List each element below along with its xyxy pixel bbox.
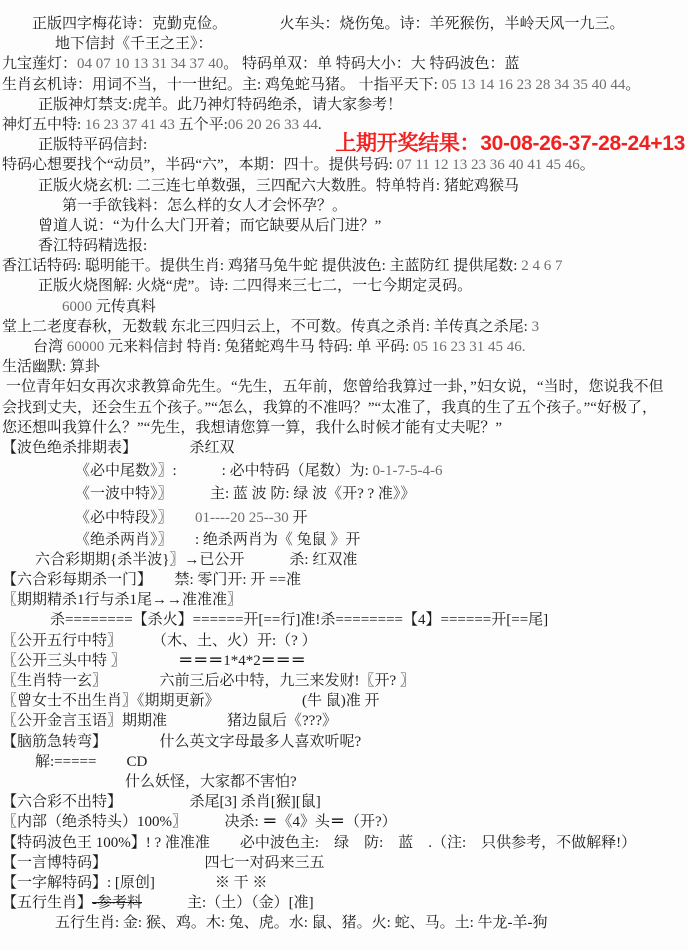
text-segment: 〖公开金言玉语〗期期准 猪边鼠后《???》 (2, 713, 337, 729)
text-segment: 01----20 25--30 (195, 510, 289, 526)
text-line-39: 【六合彩不出特】 杀尾[3] 杀肖[猴][鼠] (0, 792, 688, 812)
text-segment: 〖内部（绝杀特头）100%〗 决杀: (2, 814, 262, 830)
text-line-20: 会找到丈夫，还会生五个孩子。”“怎么，我算的不准吗？”“太准了，我真的生了五个孩… (0, 398, 688, 418)
text-line-15: 6000 元传真料 (0, 297, 688, 317)
text-line-33: 〖生肖特一玄〗 六前三后必中特，九三来发财!〖开? 〗 (0, 671, 688, 691)
text-line-34: 〖曾女士不出生肖〗《期期更新》 (牛 鼠)准 开 (0, 691, 688, 711)
text-line-40: 〖内部（绝杀特头）100%〗 决杀: ＝《4》头＝（开?） (0, 812, 688, 832)
text-segment: 生肖玄机诗：用词不当，十一世纪。主: 鸡兔蛇马猪。 十指平天下: (2, 77, 442, 93)
text-segment: 【五行生肖】 (2, 895, 92, 911)
text-segment: 主:（土）（金）[准] (142, 895, 314, 911)
text-segment: 《4》头 (277, 814, 330, 830)
text-segment: 六合彩期期{杀半波}〗→已公开 杀: 红双准 (35, 552, 357, 568)
text-line-30: 杀========【杀火】======开[==行]准!杀========【4】=… (0, 610, 688, 630)
text-segment: 。 (625, 77, 640, 93)
text-line-44: 【五行生肖】-参考料 主:（土）（金）[准] (0, 893, 688, 913)
text-segment: 台湾 (33, 339, 67, 355)
text-segment: 堂上二老度春秋，无数载 东北三四归云上，不可数。传真之杀肖: 羊传真之杀尾: (2, 319, 532, 335)
text-segment: 正版神灯禁支:虎羊。此乃神灯特码绝杀，请大家参考！ (38, 97, 402, 113)
text-line-41: 【特码波色王 100%】! ? 准准准 必中波色主: 绿 防: 蓝 .（注: 只… (0, 833, 688, 853)
text-segment: 正版火烧图解: 火烧“虎”。诗: 二四得来三七二，一七今期定灵码。 (38, 278, 472, 294)
text-segment: -参考料 (92, 895, 142, 911)
text-line-31: 〖公开五行中特〗 （木、土、火）开:（? ） (0, 631, 688, 651)
text-line-14: 正版火烧图解: 火烧“虎”。诗: 二四得来三七二，一七今期定灵码。 (0, 276, 688, 296)
text-segment: 〖期期精杀1行与杀1尾→→准准准〗 (2, 592, 242, 608)
text-segment: 07 11 12 13 23 36 40 41 45 46 (397, 157, 580, 173)
text-segment: 香江话特码: 聪明能干。提供生肖: 鸡猪马兔牛蛇 提供波色: 主蓝防红 提供尾数… (2, 258, 521, 274)
text-segment: 【特码波色王 100%】! ? 准准准 必中波色主: 绿 防: 蓝 .（注: 只… (2, 835, 636, 851)
text-segment: 。 特码单双：单 特码大小：大 特码波色：蓝 (223, 56, 519, 72)
text-segment: 〖曾女士不出生肖〗《期期更新》 (牛 鼠)准 开 (2, 693, 380, 709)
text-segment: 特码心想要找个“动员”，半码“六”，本期：四十。提供号码: (2, 157, 397, 173)
text-segment: 【波色绝杀排期表】 杀红双 (2, 440, 235, 456)
text-line-11: 曾道人说：“为什么大门开着；而它缺要从后门进？” (0, 216, 688, 236)
text-segment: 0-1-7-5-4-6 (373, 463, 443, 479)
text-segment: 1*4*2 (223, 653, 261, 669)
text-segment: 曾道人说：“为什么大门开着；而它缺要从后门进？” (38, 218, 381, 234)
text-line-37: 解:===== CD (0, 752, 688, 772)
text-segment: 〖生肖特一玄〗 六前三后必中特，九三来发财!〖开? 〗 (2, 673, 415, 689)
text-line-17: 台湾 60000 元来料信封 特肖: 兔猪蛇鸡牛马 特码: 单 平码: 05 1… (0, 337, 688, 357)
text-segment: 《一波中特》〗 主: 蓝 波 防: 绿 波《开? ? 准》》 (75, 486, 415, 502)
text-segment: 60000 (67, 339, 105, 355)
text-line-13: 香江话特码: 聪明能干。提供生肖: 鸡猪马兔牛蛇 提供波色: 主蓝防红 提供尾数… (0, 256, 688, 276)
text-segment: 会找到丈夫，还会生五个孩子。”“怎么，我算的不准吗？”“太准了，我真的生了五个孩… (2, 400, 657, 416)
text-line-28: 【六合彩每期杀一门】 禁: 零门开: 开 ==准 (0, 570, 688, 590)
text-segment: 元来料信封 特肖: 兔猪蛇鸡牛马 特码: 单 平码: (104, 339, 413, 355)
text-segment: 正版特平码信封: (38, 137, 147, 153)
text-segment: 《必中特段》〗 (75, 510, 195, 526)
text-line-42: 【一言博特码】 四七一对码来三五 (0, 853, 688, 873)
text-segment: 《绝杀两肖》〗 : 绝杀两肖为《 兔鼠 》开 (75, 532, 360, 548)
text-segment: 五行生肖: 金: 猴、鸡。木: 兔、虎。水: 鼠、猪。火: 蛇、马。土: 牛龙-… (55, 915, 548, 931)
text-line-45: 五行生肖: 金: 猴、鸡。木: 兔、虎。水: 鼠、猪。火: 蛇、马。土: 牛龙-… (0, 913, 688, 933)
text-segment: 3 (532, 319, 540, 335)
text-segment: 《必中尾数》〗: : 必中特码（尾数）为: (75, 463, 373, 479)
text-segment: 解:===== CD (35, 754, 147, 770)
text-segment: 【六合彩不出特】 杀尾[3] 杀肖[猴][鼠] (2, 794, 321, 810)
text-line-19: 一位青年妇女再次求教算命先生。“先生，五年前，您曾给我算过一卦，”妇女说，“当时… (0, 377, 688, 397)
text-segment: 元传真料 (92, 299, 156, 315)
text-segment: ＝ (262, 814, 277, 830)
text-segment: 16 23 37 41 43 (85, 117, 175, 133)
text-segment: 【一言博特码】 四七一对码来三五 (2, 855, 325, 871)
text-line-2: 地下信封《千王之王》： (0, 34, 688, 54)
text-segment: ＝＝＝ (261, 653, 306, 669)
text-line-26: 《绝杀两肖》〗 : 绝杀两肖为《 兔鼠 》开 (0, 530, 688, 550)
text-segment: （开?） (345, 814, 397, 830)
text-segment: 五个平: (175, 117, 228, 133)
text-segment: 神灯五中特: (2, 117, 85, 133)
text-line-23: 《必中尾数》〗: : 必中特码（尾数）为: 0-1-7-5-4-6 (0, 461, 688, 481)
text-line-32: 〖公开三头中特 〗 ＝＝＝1*4*2＝＝＝ (0, 651, 688, 671)
text-segment: ＝＝＝ (178, 653, 223, 669)
text-segment: . (318, 117, 322, 133)
text-segment: 【脑筋急转弯】 什么英文字母最多人喜欢听呢? (2, 734, 361, 750)
text-line-1: 正版四字梅花诗：克勤克俭。 火车头：烧伤兔。诗：羊死猴伤，半岭天风一九三。 (0, 14, 688, 34)
text-segment: 〖公开三头中特 〗 (2, 653, 178, 669)
last-draw-result: 上期开奖结果：30-08-26-37-28-24+13 (335, 127, 685, 157)
text-line-12: 香江特码精选报: (0, 236, 688, 256)
text-line-5: 正版神灯禁支:虎羊。此乃神灯特码绝杀，请大家参考！ (0, 95, 688, 115)
text-line-10: 第一手欲钱料：怎么样的女人才会怀孕？。 (0, 196, 688, 216)
text-segment: 地下信封《千王之王》： (55, 36, 213, 52)
text-line-35: 〖公开金言玉语〗期期准 猪边鼠后《???》 (0, 711, 688, 731)
text-line-21: 您还想叫我算什么？”“先生，我想请您算一算，我什么时候才能有丈夫呢？” (0, 418, 688, 438)
text-line-8: 特码心想要找个“动员”，半码“六”，本期：四十。提供号码: 07 11 12 1… (0, 155, 688, 175)
text-line-27: 六合彩期期{杀半波}〗→已公开 杀: 红双准 (0, 550, 688, 570)
text-line-36: 【脑筋急转弯】 什么英文字母最多人喜欢听呢? (0, 732, 688, 752)
text-segment: 06 20 26 33 44 (228, 117, 318, 133)
text-segment: 【六合彩每期杀一门】 禁: 零门开: 开 ==准 (2, 572, 301, 588)
text-line-9: 正版火烧玄机: 二三连七单数强，三四配六大数胜。特单特肖: 猪蛇鸡猴马 (0, 176, 688, 196)
text-segment: 04 07 10 13 31 34 37 40 (77, 56, 223, 72)
text-segment: ＝ (330, 814, 345, 830)
text-line-4: 生肖玄机诗：用词不当，十一世纪。主: 鸡兔蛇马猪。 十指平天下: 05 13 1… (0, 75, 688, 95)
text-segment: 开 (289, 510, 308, 526)
text-segment: 05 13 14 16 23 28 34 35 40 44 (442, 77, 626, 93)
text-segment: 您还想叫我算什么？”“先生，我想请您算一算，我什么时候才能有丈夫呢？” (2, 420, 502, 436)
text-segment: 杀========【杀火】======开[==行]准!杀========【4】=… (50, 612, 548, 628)
text-segment: 香江特码精选报: (38, 238, 147, 254)
text-segment: 九宝莲灯： (2, 56, 77, 72)
text-segment: 〖公开五行中特〗 （木、土、火）开:（? ） (2, 633, 317, 649)
text-segment: 正版四字梅花诗：克勤克俭。 火车头：烧伤兔。诗：羊死猴伤，半岭天风一九三。 (32, 16, 625, 32)
text-line-24: 《一波中特》〗 主: 蓝 波 防: 绿 波《开? ? 准》》 (0, 484, 688, 504)
text-segment: 什么妖怪，大家都不害怕? (125, 774, 297, 790)
text-line-22: 【波色绝杀排期表】 杀红双 (0, 438, 688, 458)
text-segment: 【一字解特码】: [原创] ※ 干 ※ (2, 875, 267, 891)
text-line-16: 堂上二老度春秋，无数载 东北三四归云上，不可数。传真之杀肖: 羊传真之杀尾: 3 (0, 317, 688, 337)
text-line-18: 生活幽默: 算卦 (0, 357, 688, 377)
text-segment: 6000 (62, 299, 92, 315)
text-line-43: 【一字解特码】: [原创] ※ 干 ※ (0, 873, 688, 893)
text-segment: 一位青年妇女再次求教算命先生。“先生，五年前，您曾给我算过一卦，”妇女说，“当时… (6, 379, 663, 395)
text-segment: 05 16 23 31 45 46. (413, 339, 526, 355)
text-line-38: 什么妖怪，大家都不害怕? (0, 772, 688, 792)
text-line-3: 九宝莲灯：04 07 10 13 31 34 37 40。 特码单双：单 特码大… (0, 54, 688, 74)
text-segment: 正版火烧玄机: 二三连七单数强，三四配六大数胜。特单特肖: 猪蛇鸡猴马 (38, 178, 519, 194)
text-segment: 生活幽默: 算卦 (2, 359, 100, 375)
text-segment: 。 (580, 157, 595, 173)
text-line-25: 《必中特段》〗 01----20 25--30 开 (0, 508, 688, 528)
text-line-29: 〖期期精杀1行与杀1尾→→准准准〗 (0, 590, 688, 610)
text-segment: 2 4 6 7 (521, 258, 562, 274)
text-segment: 第一手欲钱料：怎么样的女人才会怀孕？。 (62, 198, 347, 214)
